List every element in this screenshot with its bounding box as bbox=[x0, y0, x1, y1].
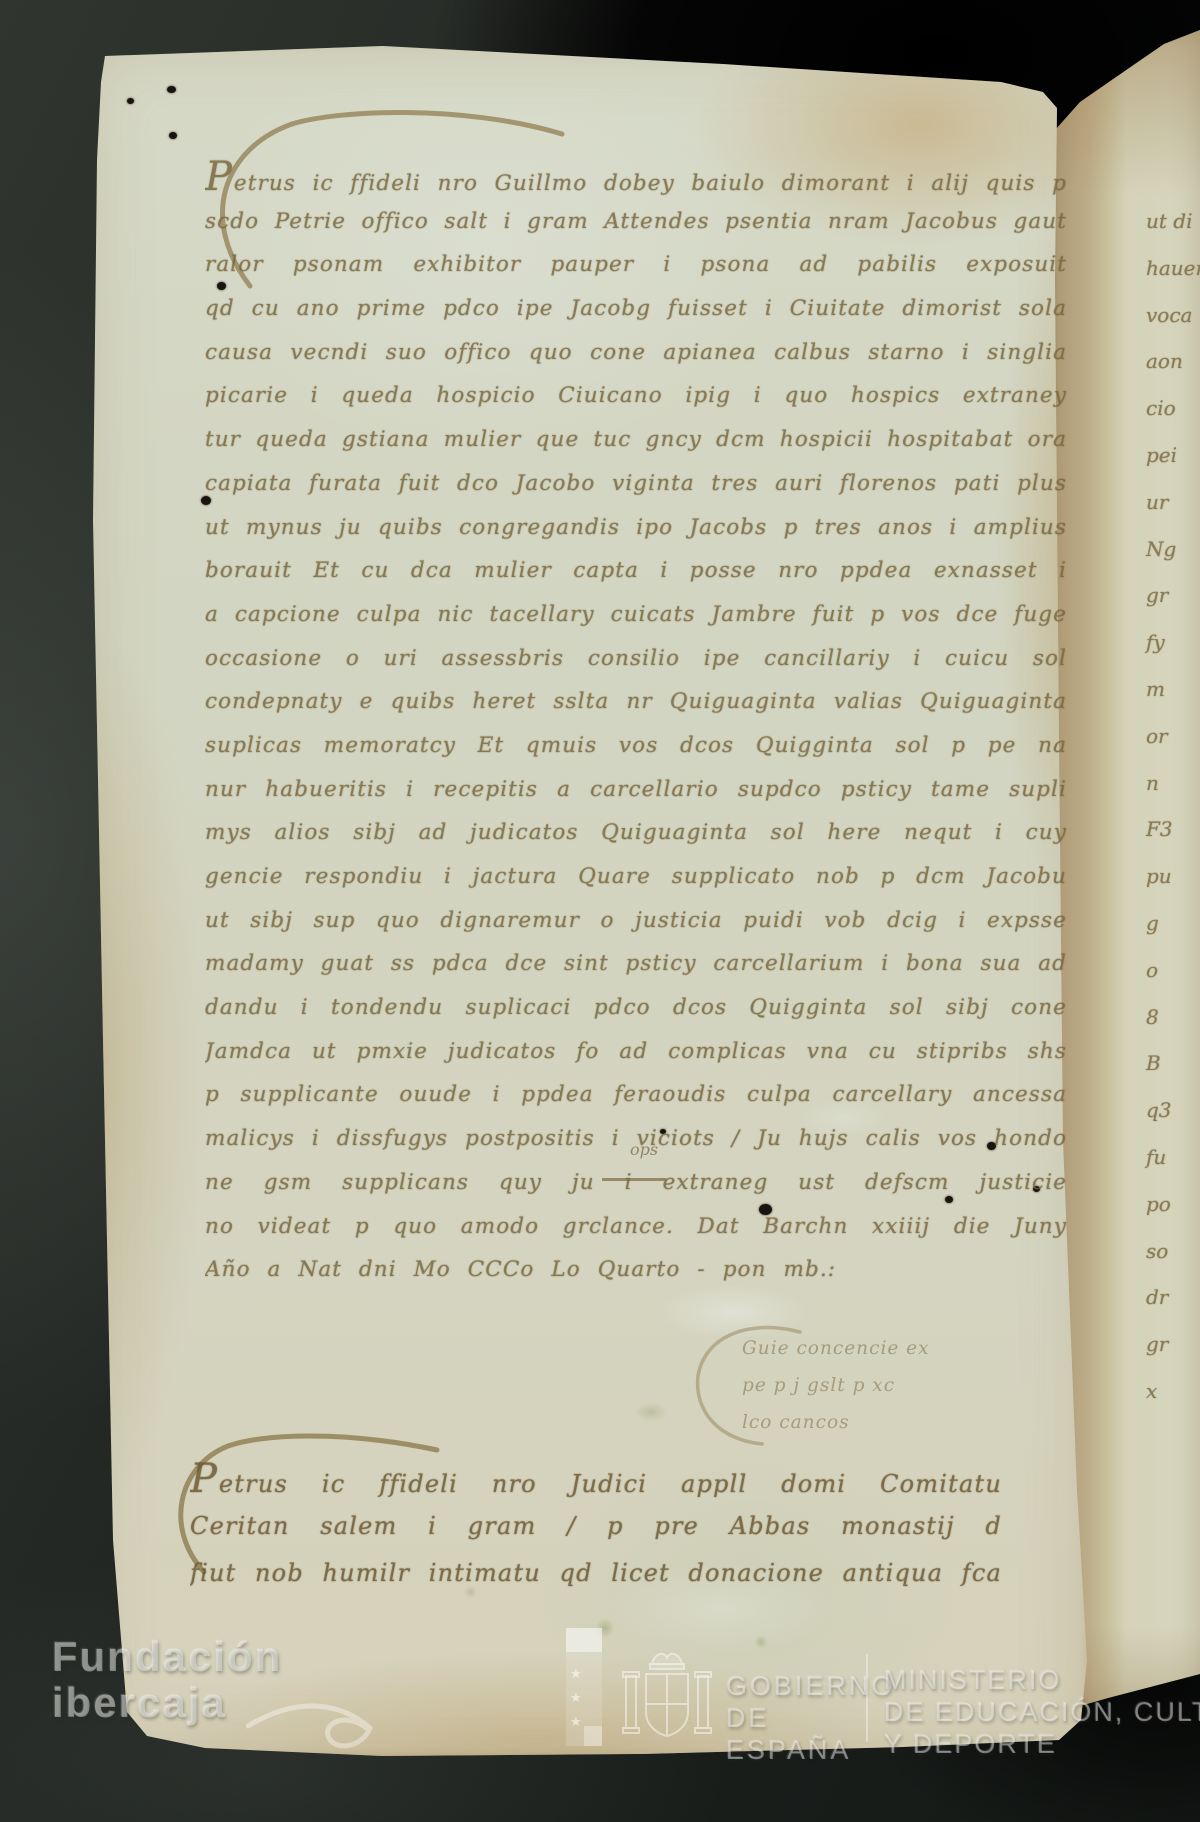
facing-line-fragment: gr bbox=[1146, 572, 1200, 619]
facing-line-fragment: n bbox=[1146, 760, 1200, 807]
facing-line-fragment: g bbox=[1146, 900, 1200, 947]
marginal-note-line: pe p j gslt p xc bbox=[742, 1367, 962, 1404]
flag-bar-block bbox=[566, 1628, 602, 1652]
manuscript-line: qd cu ano prime pdco ipe Jacobg fuisset … bbox=[205, 287, 1067, 331]
flag-bar-block bbox=[584, 1726, 602, 1746]
facing-line-fragment: Ng bbox=[1146, 526, 1200, 573]
facing-line-fragment: ut di bbox=[1146, 198, 1200, 245]
ministerio-text: MINISTERIO DE EDUCACIÓN, CULTURA Y DEPOR… bbox=[884, 1664, 1200, 1760]
manuscript-line: tur queda gstiana mulier que tuc gncy dc… bbox=[205, 418, 1067, 462]
manuscript-line: borauit Et cu dca mulier capta i posse n… bbox=[205, 549, 1067, 593]
facing-line-fragment: pu bbox=[1146, 853, 1200, 900]
ministerio-line2: DE EDUCACIÓN, CULTURA bbox=[884, 1696, 1200, 1728]
facing-line-fragment: aon bbox=[1146, 338, 1200, 385]
strikethrough-mark bbox=[602, 1178, 666, 1181]
facing-line-fragment: dr bbox=[1146, 1274, 1200, 1321]
facing-line-fragment bbox=[1146, 1415, 1200, 1462]
wormhole bbox=[169, 132, 177, 139]
facing-line-fragment bbox=[1146, 1462, 1200, 1509]
facing-line-fragment: m bbox=[1146, 666, 1200, 713]
flag-bar: ★ ★ ★ bbox=[566, 1628, 602, 1746]
manuscript-line: ne gsm supplicans quy ju i extraneg ust … bbox=[205, 1161, 1067, 1205]
gobierno-text: GOBIERNO DE ESPAÑA bbox=[726, 1670, 896, 1766]
watermark-divider bbox=[866, 1654, 868, 1742]
facing-page-text-column: ut di hauer voca aon cio pei ur Ng gr fy… bbox=[1146, 198, 1200, 1508]
gobierno-line1: GOBIERNO bbox=[726, 1670, 896, 1702]
manuscript-photo: ut di hauer voca aon cio pei ur Ng gr fy… bbox=[0, 0, 1200, 1822]
manuscript-line: occasione o uri assessbris consilio ipe … bbox=[205, 637, 1067, 681]
ibercaja-swirl-icon bbox=[246, 1690, 386, 1770]
ministerio-line1: MINISTERIO bbox=[884, 1664, 1200, 1696]
manuscript-line: dandu i tondendu suplicaci pdco dcos Qui… bbox=[205, 986, 1067, 1030]
facing-line-fragment: F3 bbox=[1146, 806, 1200, 853]
facing-line-fragment: gr bbox=[1146, 1321, 1200, 1368]
manuscript-line: picarie i queda hospicio Ciuicano ipig i… bbox=[205, 374, 1067, 418]
facing-line-fragment: fu bbox=[1146, 1134, 1200, 1181]
manuscript-line: nur habueritis i recepitis a carcellario… bbox=[205, 768, 1067, 812]
facing-line-fragment: cio bbox=[1146, 385, 1200, 432]
manuscript-line: mys alios sibj ad judicatos Quiguaginta … bbox=[205, 811, 1067, 855]
facing-line-fragment: x bbox=[1146, 1368, 1200, 1415]
manuscript-line: capiata furata fuit dco Jacobo viginta t… bbox=[205, 462, 1067, 506]
manuscript-line: fiut nob humilr intimatu qd licet donaci… bbox=[190, 1550, 1002, 1597]
manuscript-line: ut mynus ju quibs congregandis ipo Jacob… bbox=[205, 506, 1067, 550]
facing-line-fragment: so bbox=[1146, 1228, 1200, 1275]
star-icon: ★ bbox=[570, 1714, 582, 1730]
manuscript-line: scdo Petrie offico salt i gram Attendes … bbox=[205, 200, 1067, 244]
manuscript-line: ut sibj sup quo dignaremur o justicia pu… bbox=[205, 899, 1067, 943]
manuscript-line: Ceritan salem i gram / p pre Abbas monas… bbox=[190, 1503, 1002, 1550]
manuscript-line: Petrus ic ffideli nro Guillmo dobey baiu… bbox=[205, 156, 1067, 200]
facing-line-fragment: or bbox=[1146, 713, 1200, 760]
facing-line-fragment: B bbox=[1146, 1040, 1200, 1087]
facing-line-fragment: pei bbox=[1146, 432, 1200, 479]
manuscript-line: condepnaty e quibs heret sslta nr Quigua… bbox=[205, 680, 1067, 724]
manuscript-line: no videat p quo amodo grclance. Dat Barc… bbox=[205, 1205, 1067, 1249]
star-icon: ★ bbox=[570, 1666, 582, 1682]
marginal-note-line: Guie concencie ex bbox=[742, 1330, 962, 1367]
marginal-note: Guie concencie ex pe p j gslt p xc lco c… bbox=[742, 1330, 962, 1441]
manuscript-entry-2: Petrus ic ffideli nro Judici appll domi … bbox=[190, 1456, 1002, 1597]
marginal-note-line: lco cancos bbox=[742, 1404, 962, 1441]
gobierno-line2: DE ESPAÑA bbox=[726, 1702, 896, 1766]
wormhole bbox=[167, 86, 176, 93]
facing-line-fragment: po bbox=[1146, 1181, 1200, 1228]
manuscript-line: p supplicante ouude i ppdea feraoudis cu… bbox=[205, 1073, 1067, 1117]
manuscript-dateline: Año a Nat dni Mo CCCo Lo Quarto - pon mb… bbox=[205, 1248, 1067, 1292]
manuscript-line: suplicas memoratcy Et qmuis vos dcos Qui… bbox=[205, 724, 1067, 768]
manuscript-line: gencie respondiu i jactura Quare supplic… bbox=[205, 855, 1067, 899]
facing-line-fragment: fy bbox=[1146, 619, 1200, 666]
manuscript-line: causa vecndi suo offico quo cone apianea… bbox=[205, 331, 1067, 375]
facing-line-fragment: voca bbox=[1146, 292, 1200, 339]
coat-of-arms-icon bbox=[614, 1646, 720, 1746]
ministerio-line3: Y DEPORTE bbox=[884, 1728, 1200, 1760]
facing-line-fragment: hauer bbox=[1146, 245, 1200, 292]
facing-line-fragment: ur bbox=[1146, 479, 1200, 526]
manuscript-line: madamy guat ss pdca dce sint psticy carc… bbox=[205, 942, 1067, 986]
manuscript-line: ralor psonam exhibitor pauper i psona ad… bbox=[205, 243, 1067, 287]
facing-line-fragment: o bbox=[1146, 947, 1200, 994]
manuscript-entry-1: Petrus ic ffideli nro Guillmo dobey baiu… bbox=[205, 156, 1067, 1292]
manuscript-line: Petrus ic ffideli nro Judici appll domi … bbox=[190, 1456, 1002, 1503]
star-icon: ★ bbox=[570, 1690, 582, 1706]
wormhole bbox=[127, 98, 134, 104]
facing-line-fragment: q3 bbox=[1146, 1087, 1200, 1134]
superscript-correction: ops bbox=[630, 1140, 658, 1159]
manuscript-line: a capcione culpa nic tacellary cuicats J… bbox=[205, 593, 1067, 637]
ibercaja-watermark-line1: Fundación bbox=[52, 1634, 282, 1680]
manuscript-line: Jamdca ut pmxie judicatos fo ad complica… bbox=[205, 1030, 1067, 1074]
facing-line-fragment: 8 bbox=[1146, 994, 1200, 1041]
